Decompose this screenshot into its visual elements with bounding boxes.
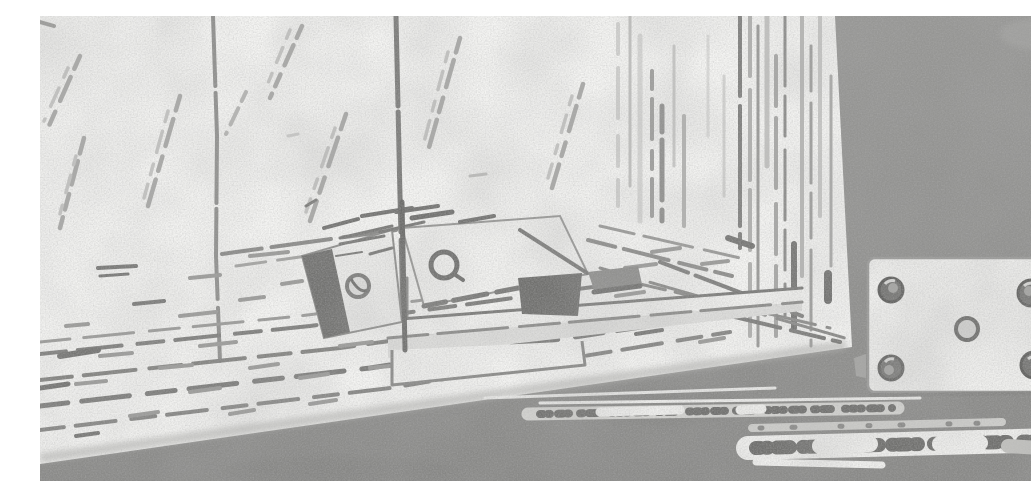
photo-canvas bbox=[40, 16, 1031, 481]
halftone-grain-overlay bbox=[40, 16, 1031, 481]
photo-window-latch bbox=[40, 16, 1031, 481]
